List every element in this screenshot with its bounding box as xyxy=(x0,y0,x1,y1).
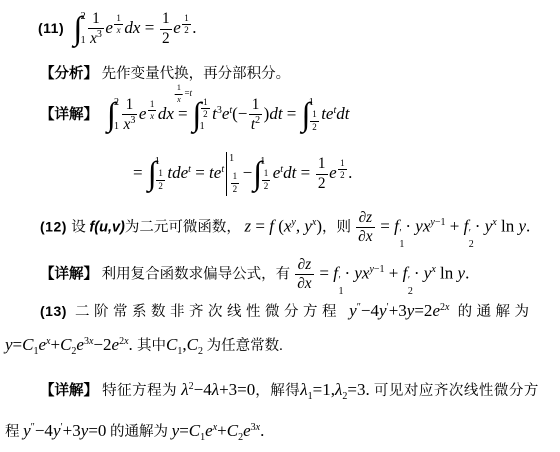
math-text: − xyxy=(243,163,253,182)
math-text: −4 xyxy=(194,380,212,399)
math-text: 2 xyxy=(340,170,345,180)
math-text: + xyxy=(217,421,227,440)
math-text: ′ xyxy=(338,275,340,286)
integral: ∫112 xyxy=(253,155,272,193)
bar-lower-limit: 12 xyxy=(229,172,241,194)
fraction: 1x xyxy=(175,84,183,104)
fraction-numerator: 1 xyxy=(122,97,138,114)
integral: ∫21 xyxy=(74,10,86,48)
superscript: 12 xyxy=(337,159,349,181)
fraction: 12 xyxy=(231,172,240,194)
math-text: 1 xyxy=(338,286,343,297)
math-italic: dt xyxy=(336,104,349,123)
math-text: 1 xyxy=(229,153,234,164)
math-text: 1 xyxy=(150,99,155,109)
math-text: +3=0 xyxy=(219,380,255,399)
math-text: ln xyxy=(497,216,519,235)
math-text: 2 xyxy=(114,97,119,108)
math-italic: C xyxy=(22,335,33,354)
math-text: ′ xyxy=(399,228,401,239)
cjk-bold-label: 【详解】 xyxy=(40,266,98,282)
fraction-numerator: 1 xyxy=(182,14,191,24)
integral-upper-limit: 1 xyxy=(260,157,272,167)
math-text: 1 xyxy=(116,13,121,23)
integral-limits: 112 xyxy=(260,155,272,193)
integral-upper-limit: 2 xyxy=(114,98,119,108)
math-italic: C xyxy=(187,335,198,354)
math-italic: te xyxy=(209,163,221,182)
math-text: = xyxy=(251,216,269,235)
math-italic: y xyxy=(349,301,357,320)
math-italic: te xyxy=(321,104,333,123)
math-italic: y xyxy=(518,216,526,235)
math-italic: x xyxy=(117,25,121,35)
fraction: 12 xyxy=(182,14,191,36)
math-text: · xyxy=(344,263,354,282)
math-italic: λ xyxy=(335,380,342,399)
math-italic: f xyxy=(333,263,338,282)
math-italic: tde xyxy=(167,163,188,182)
math-italic: x xyxy=(124,116,131,133)
math-text: 2 xyxy=(264,181,269,191)
cjk-text: 设 xyxy=(71,219,89,235)
math-italic: dx xyxy=(158,104,174,123)
fraction: 12 xyxy=(156,169,165,191)
math-text: 1 xyxy=(177,83,181,92)
math-italic: x xyxy=(177,95,181,104)
math-text: = xyxy=(140,18,158,37)
integral-upper-limit: 2 xyxy=(81,12,86,22)
bar-limits: 112 xyxy=(229,154,241,194)
superscript: 3 xyxy=(97,30,102,40)
fraction-numerator: 1 xyxy=(310,110,319,120)
fraction: 12 xyxy=(160,11,172,46)
math-text: = xyxy=(296,163,314,182)
math-italic: e xyxy=(329,163,337,182)
fraction-numerator: 1 xyxy=(249,97,262,114)
math-italic: e xyxy=(205,421,213,440)
math-italic: x xyxy=(90,30,97,47)
integral-lower-limit: 1 xyxy=(200,122,212,132)
math-text: · xyxy=(475,216,485,235)
math-text: 1 xyxy=(399,239,404,250)
math-text: −4 xyxy=(361,301,379,320)
fraction-denominator: 2 xyxy=(231,183,240,194)
math-bold-italic: (u,v) xyxy=(94,219,125,235)
math-text: = xyxy=(179,421,189,440)
superscript: 1x xyxy=(113,14,125,36)
problem-number-label: (12) xyxy=(40,218,71,234)
math-text: =1, xyxy=(313,380,335,399)
math-italic: yx xyxy=(415,216,430,235)
math-text: 2 xyxy=(162,30,170,47)
fraction-numerator: 1 xyxy=(156,169,165,179)
math-text: 1 xyxy=(260,156,265,167)
superscript: 2 xyxy=(255,116,260,126)
math-text: 3 xyxy=(130,115,135,126)
cjk-text: ，解得 xyxy=(255,383,300,399)
math-text: 1 xyxy=(312,109,317,119)
math-text: . xyxy=(260,421,264,440)
superscript: 1x xyxy=(146,100,158,122)
math-text: =2 xyxy=(414,301,432,320)
math-text: ( xyxy=(274,216,284,235)
math-italic: dx xyxy=(124,18,140,37)
math-text: 2 xyxy=(233,184,238,194)
math-italic: f xyxy=(394,216,399,235)
fraction-denominator: x xyxy=(114,24,123,35)
fraction-denominator: 2 xyxy=(182,24,191,35)
integral-limits: 21 xyxy=(81,10,86,48)
math-text: = xyxy=(283,104,301,123)
cjk-text: 其中 xyxy=(137,338,166,354)
math-italic: C xyxy=(189,421,200,440)
math-text: 1 xyxy=(155,156,160,167)
fraction: ∂z∂x xyxy=(356,210,374,245)
math-italic: y xyxy=(458,263,466,282)
fraction-denominator: 2 xyxy=(316,174,328,192)
math-italic: y xyxy=(23,421,31,440)
integral-limits: 121 xyxy=(200,96,212,134)
index-subscript: 2 xyxy=(469,240,474,251)
math-text: 3 xyxy=(97,29,102,40)
math-italic: C xyxy=(60,335,71,354)
math-text: = xyxy=(133,163,147,182)
fraction: 12 xyxy=(201,98,210,120)
fraction: 12 xyxy=(338,159,347,181)
integral-lower-limit: 1 xyxy=(114,122,119,132)
sub-sup-stack: ′1 xyxy=(399,229,404,250)
fraction: 12 xyxy=(316,156,328,191)
cjk-text: 先作变量代换，再分部积分。 xyxy=(98,66,290,82)
integral: ∫112 xyxy=(148,155,167,193)
fraction-denominator: x3 xyxy=(88,28,104,47)
fraction: 1x xyxy=(114,14,123,36)
problem-number-label: (13) xyxy=(40,303,67,319)
fraction-denominator: 2 xyxy=(201,108,210,119)
math-italic: λ xyxy=(181,380,188,399)
math-italic: e xyxy=(139,104,147,123)
fraction-denominator: x3 xyxy=(122,114,138,133)
math-text: +3 xyxy=(63,421,81,440)
superscript: 3x xyxy=(251,423,260,433)
integral: ∫21 xyxy=(107,96,119,134)
math-italic: dt xyxy=(283,163,296,182)
math-text: = xyxy=(178,104,188,123)
sub-sup-stack: ′2 xyxy=(469,229,474,250)
math-italic: ∂x xyxy=(358,228,372,245)
fraction-denominator: 2 xyxy=(310,121,319,132)
math-text: + xyxy=(50,335,60,354)
problem-13-line-1: (13) 二阶常系数非齐次线性微分方程 y″−4y′+3y=2e2x 的通解为 xyxy=(40,302,545,321)
math-italic: x xyxy=(150,111,154,121)
solution-11-line-1: 【详解】∫211x3e1xdx1x=t=∫121t3et(−1t2)dt = ∫… xyxy=(40,96,349,134)
math-text: =0 xyxy=(88,421,106,440)
math-text: = xyxy=(376,216,394,235)
fraction-numerator: 1 xyxy=(114,14,123,24)
cjk-text: 的通解为 xyxy=(449,304,533,320)
integral-upper-limit: 1 xyxy=(309,98,321,108)
math-text: = xyxy=(315,263,333,282)
sub-sup-stack: ′2 xyxy=(408,276,413,297)
math-italic: e xyxy=(432,301,440,320)
math-italic: e xyxy=(112,335,120,354)
math-text: 1 xyxy=(203,97,208,107)
math-text: =3. xyxy=(347,380,369,399)
math-text: 1 xyxy=(318,155,326,172)
math-italic: λ xyxy=(300,380,307,399)
math-italic: dt xyxy=(269,104,282,123)
problem-13-line-2: y=C1ex+C2e3x−2e2x. 其中C1,C2 为任意常数. xyxy=(5,336,283,357)
math-text: 2 xyxy=(255,115,260,126)
cjk-bold-label: 【详解】 xyxy=(40,383,98,399)
math-text: = xyxy=(13,335,23,354)
math-italic: y xyxy=(5,335,13,354)
math-text: ln xyxy=(436,263,458,282)
superscript: 3x xyxy=(84,337,93,347)
fraction-denominator: 2 xyxy=(262,180,271,191)
math-italic: ∂z xyxy=(359,209,373,226)
math-italic: t xyxy=(190,89,193,99)
fraction-numerator: ∂z xyxy=(356,210,374,227)
superscript: y−1 xyxy=(369,265,384,275)
integral-lower-limit: 12 xyxy=(260,169,272,191)
fraction-denominator: t2 xyxy=(249,114,262,133)
fraction: 1t2 xyxy=(249,97,262,133)
math-text: . xyxy=(465,263,469,282)
overset-equals: 1x=t= xyxy=(178,105,188,124)
math-italic: e xyxy=(76,335,84,354)
fraction-denominator: 2 xyxy=(160,29,172,47)
analysis-11: 【分析】 先作变量代换，再分部积分。 xyxy=(40,64,290,83)
math-text: 1 xyxy=(92,10,100,27)
math-italic: e xyxy=(222,104,230,123)
math-text: 1 xyxy=(114,121,119,132)
integral-lower-limit: 12 xyxy=(309,110,321,132)
math-italic: e xyxy=(173,18,181,37)
substitution-condition: 1x=t xyxy=(173,84,192,104)
fraction-denominator: 2 xyxy=(338,169,347,180)
math-text: = xyxy=(191,163,209,182)
math-italic: f xyxy=(403,263,408,282)
math-text: −4 xyxy=(35,421,53,440)
math-text: . xyxy=(526,216,530,235)
math-text: 2 xyxy=(81,11,86,22)
cjk-text: 为二元可微函数， xyxy=(125,219,245,235)
fraction: 12 xyxy=(310,110,319,132)
document-page: (11) ∫211x3e1xdx = 12e12. 【分析】 先作变量代换，再分… xyxy=(0,0,560,452)
fraction-denominator: x xyxy=(148,110,157,121)
math-italic: yx xyxy=(354,263,369,282)
bar-rule xyxy=(226,152,227,196)
fraction-numerator: 1 xyxy=(201,98,210,108)
math-text: 1 xyxy=(158,168,163,178)
integral-limits: 21 xyxy=(114,96,119,134)
fraction-denominator: ∂x xyxy=(356,227,374,245)
math-text: 2 xyxy=(469,239,474,250)
math-text: 1 xyxy=(233,171,238,181)
math-text: −1 xyxy=(435,217,446,228)
integral: ∫121 xyxy=(193,96,212,134)
superscript: 12 xyxy=(181,14,193,36)
math-text: . xyxy=(348,163,352,182)
fraction-numerator: 1 xyxy=(160,11,172,28)
fraction-numerator: 1 xyxy=(338,159,347,169)
solution-13-line-2: 程 y″−4y′+3y=0 的通解为 y=C1ex+C2e3x. xyxy=(5,422,264,443)
math-text: −1 xyxy=(374,264,385,275)
fraction-numerator: 1 xyxy=(231,172,240,182)
fraction-denominator: x xyxy=(175,94,183,104)
problem-12-statement: (12) 设 f(u,v)为二元可微函数， z = f (xy, yx)，则 ∂… xyxy=(40,210,530,250)
superscript: 2x xyxy=(119,337,128,347)
bar-upper-limit: 1 xyxy=(229,154,241,164)
math-text: . xyxy=(129,335,138,354)
integral-limits: 112 xyxy=(155,155,167,193)
integral-lower-limit: 12 xyxy=(155,169,167,191)
math-italic: ∂x xyxy=(297,275,311,292)
math-text: 1 xyxy=(340,158,345,168)
integral-upper-limit: 1 xyxy=(155,157,167,167)
math-text: ′ xyxy=(408,275,410,286)
sub-sup-stack: ′1 xyxy=(338,276,343,297)
math-text: 1 xyxy=(200,121,205,132)
fraction: 12 xyxy=(262,169,271,191)
math-italic: ∂z xyxy=(298,256,312,273)
solution-12: 【详解】 利用复合函数求偏导公式，有 ∂z∂x = f′1· yxy−1 + f… xyxy=(40,257,469,297)
math-text: 2 xyxy=(203,109,208,119)
equals-base: = xyxy=(178,104,188,123)
index-subscript: 1 xyxy=(338,287,343,298)
integral: ∫112 xyxy=(302,96,321,134)
math-text: ′ xyxy=(469,228,471,239)
cjk-text: 程 xyxy=(5,424,23,440)
fraction-numerator: 1 xyxy=(148,100,157,110)
cjk-text: 的通解为 xyxy=(106,424,171,440)
math-text: 2 xyxy=(184,25,189,35)
problem-number-label: (11) xyxy=(38,20,69,36)
math-text: 1 xyxy=(309,97,314,108)
math-italic: f xyxy=(464,216,469,235)
math-text: −2 xyxy=(93,335,111,354)
cjk-text: 二阶常系数非齐次线性微分方程 xyxy=(67,304,349,320)
problem-11-statement: (11) ∫211x3e1xdx = 12e12. xyxy=(38,10,197,48)
math-italic: e xyxy=(243,421,251,440)
cjk-text: 可见对应齐次线性微分方 xyxy=(370,383,539,399)
fraction: 1x xyxy=(148,100,157,122)
math-text: 2 xyxy=(158,181,163,191)
superscript: y−1 xyxy=(430,218,445,228)
fraction-numerator: 1 xyxy=(88,11,104,28)
fraction-numerator: 1 xyxy=(175,84,183,93)
math-text: 1 xyxy=(252,96,260,113)
superscript: 3 xyxy=(130,116,135,126)
evaluation-bar: 112 xyxy=(226,152,241,196)
math-text: + xyxy=(385,263,403,282)
fraction-denominator: 2 xyxy=(156,180,165,191)
integral-lower-limit: 1 xyxy=(81,36,86,46)
fraction: 1x3 xyxy=(88,11,104,47)
math-italic: y xyxy=(379,301,387,320)
solution-11-line-2: = ∫112tdet = tet112−∫112etdt = 12e12. xyxy=(133,152,352,196)
math-italic: y xyxy=(304,216,312,235)
cjk-bold-label: 【分析】 xyxy=(40,66,98,82)
math-text: +3 xyxy=(389,301,407,320)
fraction-numerator: 1 xyxy=(262,169,271,179)
index-subscript: 1 xyxy=(399,240,404,251)
math-text: 2 xyxy=(408,286,413,297)
math-text: 1 xyxy=(81,35,86,46)
math-italic: e xyxy=(273,163,281,182)
math-text: 1 xyxy=(162,10,170,27)
math-text: · xyxy=(405,216,415,235)
math-italic: e xyxy=(38,335,46,354)
cjk-text: 特征方程为 xyxy=(98,383,181,399)
math-text: (− xyxy=(232,104,247,123)
math-italic: y xyxy=(53,421,61,440)
math-text: + xyxy=(445,216,463,235)
fraction-numerator: ∂z xyxy=(295,257,313,274)
integral-upper-limit: 12 xyxy=(200,98,212,120)
solution-13-line-1: 【详解】 特征方程为 λ2−4λ+3=0，解得λ1=1,λ2=3. 可见对应齐次… xyxy=(40,381,539,402)
math-text: 2 xyxy=(318,175,326,192)
math-text: 1 xyxy=(264,168,269,178)
index-subscript: 2 xyxy=(408,287,413,298)
superscript: t xyxy=(221,165,224,175)
math-italic: t xyxy=(221,164,224,175)
fraction-numerator: 1 xyxy=(316,156,328,173)
math-text: 2 xyxy=(312,122,317,132)
math-italic: C xyxy=(166,335,177,354)
math-text: 1 xyxy=(184,13,189,23)
fraction: 1x3 xyxy=(122,97,138,133)
math-text: . xyxy=(192,18,196,37)
math-italic: e xyxy=(105,18,113,37)
math-italic: C xyxy=(227,421,238,440)
integral-limits: 112 xyxy=(309,96,321,134)
cjk-bold-label: 【详解】 xyxy=(40,107,98,123)
cjk-text: 利用复合函数求偏导公式，有 xyxy=(98,266,294,282)
math-text: 1 xyxy=(126,96,134,113)
math-italic: λ xyxy=(212,380,219,399)
cjk-text: 为任意常数. xyxy=(203,338,283,354)
math-text: · xyxy=(414,263,424,282)
cjk-text: ，则 xyxy=(322,219,355,235)
fraction-denominator: ∂x xyxy=(295,274,313,292)
fraction: ∂z∂x xyxy=(295,257,313,292)
